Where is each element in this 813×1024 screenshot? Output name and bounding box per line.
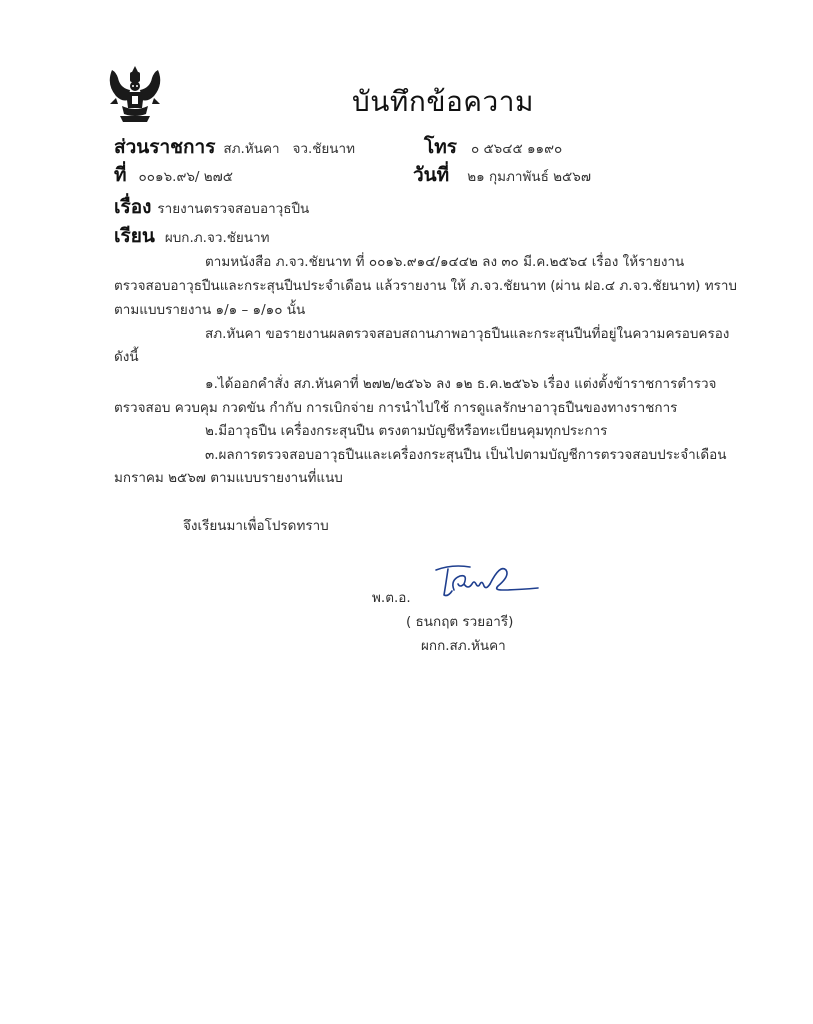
date-field: วันที่๒๑ กุมภาพันธ์ ๒๕๖๗ <box>413 160 591 190</box>
phone-value: ๐ ๕๖๔๕ ๑๑๙๐ <box>471 141 562 157</box>
document-title: บันทึกข้อความ <box>352 80 534 124</box>
body-line: ๑.ได้ออกคำสั่ง สภ.หันคาที่ ๒๗๒/๒๕๖๖ ลง ๑… <box>205 372 716 394</box>
agency-label: ส่วนราชการ <box>114 136 215 158</box>
body-line: สภ.หันคา ขอรายงานผลตรวจสอบสถานภาพอาวุธปื… <box>205 322 729 344</box>
reference-label: ที่ <box>114 164 127 186</box>
phone-label: โทร <box>424 136 457 158</box>
handwritten-signature <box>432 562 542 602</box>
body-line: ๓.ผลการตรวจสอบอาวุธปืนและเครื่องกระสุนปื… <box>205 443 726 465</box>
agency-field: ส่วนราชการสภ.หันคา จว.ชัยนาท <box>114 132 355 162</box>
signer-rank: พ.ต.อ. <box>372 586 411 608</box>
body-line: ๒.มีอาวุธปืน เครื่องกระสุนปืน ตรงตามบัญช… <box>205 419 607 441</box>
recipient-value: ผบก.ภ.จว.ชัยนาท <box>165 230 270 246</box>
body-line: ตรวจสอบอาวุธปืนและกระสุนปืนประจำเดือน แล… <box>114 274 737 296</box>
reference-value: ๐๐๑๖.๙๖/ ๒๗๕ <box>139 169 233 185</box>
date-label: วันที่ <box>413 164 449 186</box>
body-line: ดังนี้ <box>114 345 139 367</box>
recipient-label: เรียน <box>114 225 155 247</box>
recipient-field: เรียนผบก.ภ.จว.ชัยนาท <box>114 221 270 251</box>
closing-line: จึงเรียนมาเพื่อโปรดทราบ <box>183 514 329 536</box>
body-line: มกราคม ๒๕๖๗ ตามแบบรายงานที่แนบ <box>114 466 343 488</box>
subject-field: เรื่องรายงานตรวจสอบอาวุธปืน <box>114 192 309 222</box>
date-value: ๒๑ กุมภาพันธ์ ๒๕๖๗ <box>467 169 591 185</box>
body-line: ตามแบบรายงาน ๑/๑ – ๑/๑๐ นั้น <box>114 298 305 320</box>
signer-name: ( ธนกฤต รวยอารี) <box>406 610 513 632</box>
phone-field: โทร๐ ๕๖๔๕ ๑๑๙๐ <box>424 132 562 162</box>
subject-label: เรื่อง <box>114 196 151 218</box>
subject-value: รายงานตรวจสอบอาวุธปืน <box>157 201 309 217</box>
body-line: ตรวจสอบ ควบคุม กวดขัน กำกับ การเบิกจ่าย … <box>114 396 677 418</box>
reference-field: ที่๐๐๑๖.๙๖/ ๒๗๕ <box>114 160 233 190</box>
signer-position: ผกก.สภ.หันคา <box>421 634 506 656</box>
agency-value: สภ.หันคา จว.ชัยนาท <box>223 141 355 157</box>
garuda-emblem-icon <box>104 62 166 126</box>
body-line: ตามหนังสือ ภ.จว.ชัยนาท ที่ ๐๐๑๖.๙๑๔/๑๔๔๒… <box>205 250 684 272</box>
